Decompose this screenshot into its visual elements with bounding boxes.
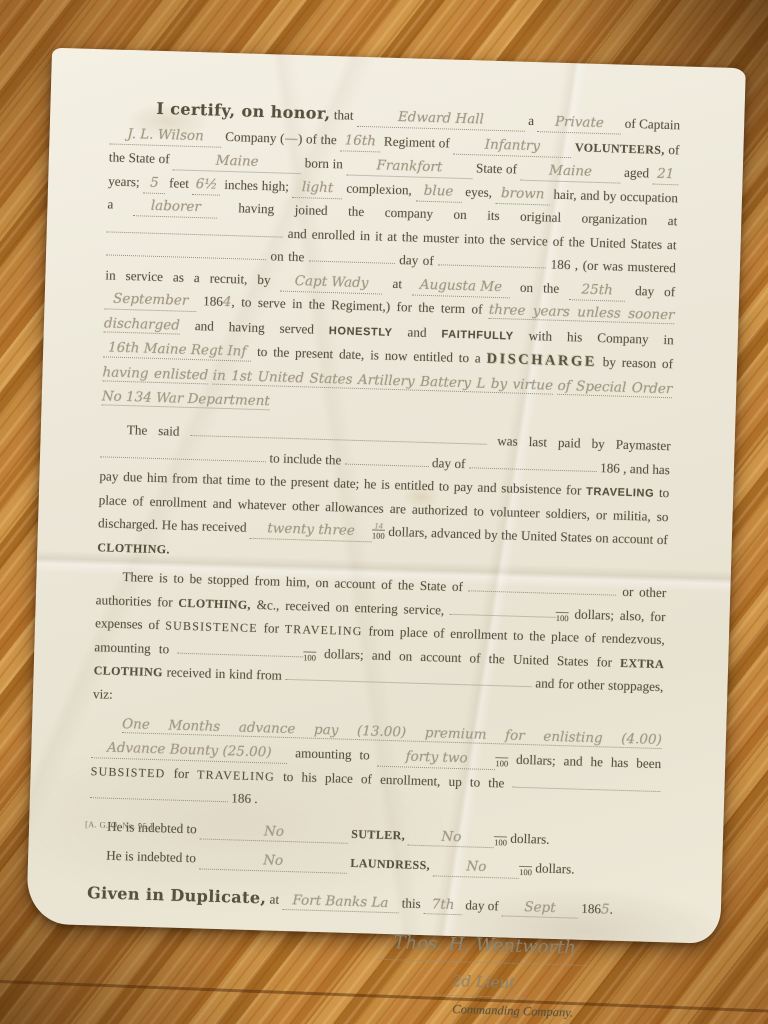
handwritten-entry: 16th Maine Regt Inf [103, 339, 251, 362]
handwritten-entry: Fort Banks La [282, 892, 398, 914]
handwritten-entry: Edward Hall [357, 108, 525, 132]
handwritten-entry: Capt Wady [280, 273, 383, 295]
printed-text: State of [472, 161, 521, 177]
printed-text: dollars. [532, 861, 575, 877]
gothic-text: I certify, on honor, [156, 99, 331, 123]
blank-line [438, 252, 546, 269]
stoppage-paragraph: There is to be stopped from him, on acco… [93, 565, 667, 723]
blank-line [450, 601, 556, 618]
handwritten-entry: forty two [377, 748, 495, 770]
viz-paragraph: One Months advance pay (13.00) premium f… [90, 712, 663, 823]
signature-title: Commanding Company. [452, 1002, 573, 1020]
form-number-note: [A. G. O. No. 95.] [85, 819, 153, 831]
printed-text: day of [625, 283, 675, 299]
handwritten-entry: Maine [173, 152, 301, 174]
blank-line [106, 242, 266, 261]
printed-text: of Captain [621, 116, 680, 133]
handwritten-entry: 25th [569, 281, 626, 301]
printed-text: eyes, [461, 184, 496, 200]
printed-text: &c., received on entering service, [251, 597, 450, 618]
printed-text: dollars, advanced by the United States o… [385, 524, 668, 547]
handwritten-entry: 21 [652, 166, 679, 185]
printed-text: The said [127, 422, 191, 439]
cents-fraction: 100 [519, 858, 532, 877]
handwritten-entry: Private [537, 113, 622, 134]
printed-text: day of [395, 252, 439, 268]
handwritten-entry: light [292, 179, 343, 199]
printed-text: dollars; and on account of the United St… [316, 646, 621, 670]
printed-text: day of [428, 455, 469, 471]
printed-text: having joined the company on its origina… [218, 200, 678, 229]
blank-line [286, 666, 532, 687]
bold-serif-text: VOLUNTEERS, [575, 141, 665, 158]
printed-text: ) of the [298, 132, 341, 148]
cents-fraction: 100 [556, 603, 569, 622]
handwritten-entry: No [199, 851, 347, 874]
printed-text: to include the [266, 450, 345, 467]
handwritten-entry: in 1st United States Artillery Battery L… [213, 368, 554, 395]
bold-text: HONESTLY [329, 325, 393, 339]
printed-text: years; [108, 173, 144, 189]
handwritten-entry: blue [415, 183, 462, 203]
printed-text: 186 [196, 294, 223, 310]
paid-paragraph: The said was last paid by Paymaster to i… [97, 418, 671, 576]
signature-name: Thos. H. Wentworth [379, 927, 590, 966]
printed-text: complexion, [342, 180, 415, 197]
handwritten-entry: Augusta Me [412, 276, 511, 297]
printed-text: this [398, 895, 424, 911]
printed-text: for [258, 620, 285, 636]
smallcaps-text: SUBSISTENCE [165, 619, 258, 636]
handwritten-entry: Maine [520, 162, 621, 184]
smallcaps-text: TRAVELING [197, 767, 275, 783]
blank-line [107, 218, 283, 237]
handwritten-inline: — [284, 131, 298, 147]
printed-text: . [609, 902, 613, 917]
printed-text: with his Company in [513, 327, 674, 347]
printed-text: a [525, 113, 538, 128]
printed-text: by reason of [597, 354, 674, 371]
handwritten-entry: brown [495, 185, 550, 205]
printed-text: 186 . [228, 791, 258, 807]
given-line: Given in Duplicate, at Fort Banks La thi… [87, 879, 658, 924]
printed-text: to his place of enrollment, up to the [275, 769, 513, 791]
display-text: DISCHARGE [486, 350, 597, 369]
printed-text: amounting to [287, 745, 378, 763]
handwritten-entry: Infantry [453, 136, 571, 158]
printed-text: and [392, 323, 441, 339]
printed-text: at [266, 891, 283, 906]
handwritten-entry: J. L. Wilson [109, 126, 222, 148]
signature-block: Thos. H. Wentworth2d LieutCommanding Com… [318, 924, 651, 1024]
handwritten-entry: 7th [424, 896, 463, 916]
printed-text: inches high; [220, 177, 292, 194]
blank-line [177, 640, 303, 658]
cents-fraction: 100 [303, 643, 316, 662]
document-body: I certify, on honor, that Edward Hall a … [87, 93, 681, 922]
bold-serif-text: SUTLER, [351, 827, 405, 843]
handwritten-entry: Frankfort [346, 157, 472, 179]
handwritten-entry: 5 [143, 174, 166, 193]
printed-text: at [382, 276, 412, 292]
handwritten-entry: having enlisted [102, 365, 208, 385]
handwritten-entry: 6½ [192, 176, 221, 195]
bold-text: FAITHFULLY [441, 328, 514, 342]
printed-text: that [330, 107, 357, 123]
blank-line [100, 443, 266, 462]
printed-text: received in kind from [163, 665, 286, 684]
printed-text: Company ( [221, 129, 284, 146]
bold-serif-text: CLOTHING. [97, 540, 170, 556]
blank-line [345, 450, 429, 466]
printed-text: born in [301, 156, 347, 172]
blank-line [90, 785, 228, 803]
smallcaps-text: SUBSISTED [91, 764, 166, 780]
handwritten-entry: No [200, 821, 348, 844]
cents-fraction: 14100 [372, 521, 385, 540]
printed-text: day of [462, 897, 502, 913]
printed-text: and having served [180, 317, 329, 336]
gothic-text: Given in Duplicate, [87, 883, 267, 907]
printed-text: dollars; and he has been [508, 752, 661, 772]
handwritten-entry: Sept [502, 898, 579, 919]
bold-serif-text: LAUNDRESS, [350, 856, 430, 872]
bold-text: TRAVELING [586, 486, 654, 500]
blank-line [512, 774, 660, 792]
photo-background: I certify, on honor, that Edward Hall a … [0, 0, 768, 1024]
printed-text: to the present date, is now entitled to … [251, 343, 487, 365]
blank-line [469, 578, 617, 596]
printed-text: on the [266, 249, 309, 265]
cents-fraction: 100 [494, 828, 507, 847]
cents-fraction: 100 [495, 749, 508, 768]
smallcaps-text: TRAVELING [285, 622, 363, 638]
printed-text: aged [620, 165, 653, 181]
bold-serif-text: CLOTHING, [178, 596, 251, 612]
handwritten-entry: Advance Bounty (25.00) [91, 740, 287, 764]
certify-paragraph: I certify, on honor, that Edward Hall a … [101, 93, 680, 425]
printed-text: He is indebted to [106, 848, 199, 866]
printed-text: for [165, 765, 197, 781]
handwritten-entry: twenty three [250, 520, 372, 542]
handwritten-entry: No [408, 828, 495, 849]
printed-text: dollars. [507, 830, 550, 846]
printed-text: Regiment of [380, 134, 454, 151]
printed-text: There is to be stopped from him, on acco… [122, 569, 469, 594]
handwritten-entry: laborer [134, 198, 219, 219]
printed-text: was last paid by Paymaster [486, 433, 671, 453]
printed-text: on the [510, 279, 570, 296]
blank-line [309, 248, 395, 265]
handwritten-entry: September [104, 291, 197, 312]
printed-text: 186 [578, 901, 602, 917]
handwritten-entry: No [433, 858, 520, 879]
discharge-certificate-paper: I certify, on honor, that Edward Hall a … [26, 48, 746, 944]
printed-text: feet [165, 175, 193, 191]
blank-line [469, 454, 597, 472]
signature-rank: 2d Lieut [438, 968, 530, 998]
printed-text: , to serve in the Regiment,) for the ter… [231, 295, 489, 318]
blank-line [190, 422, 486, 445]
handwritten-entry: 16th [340, 133, 381, 153]
